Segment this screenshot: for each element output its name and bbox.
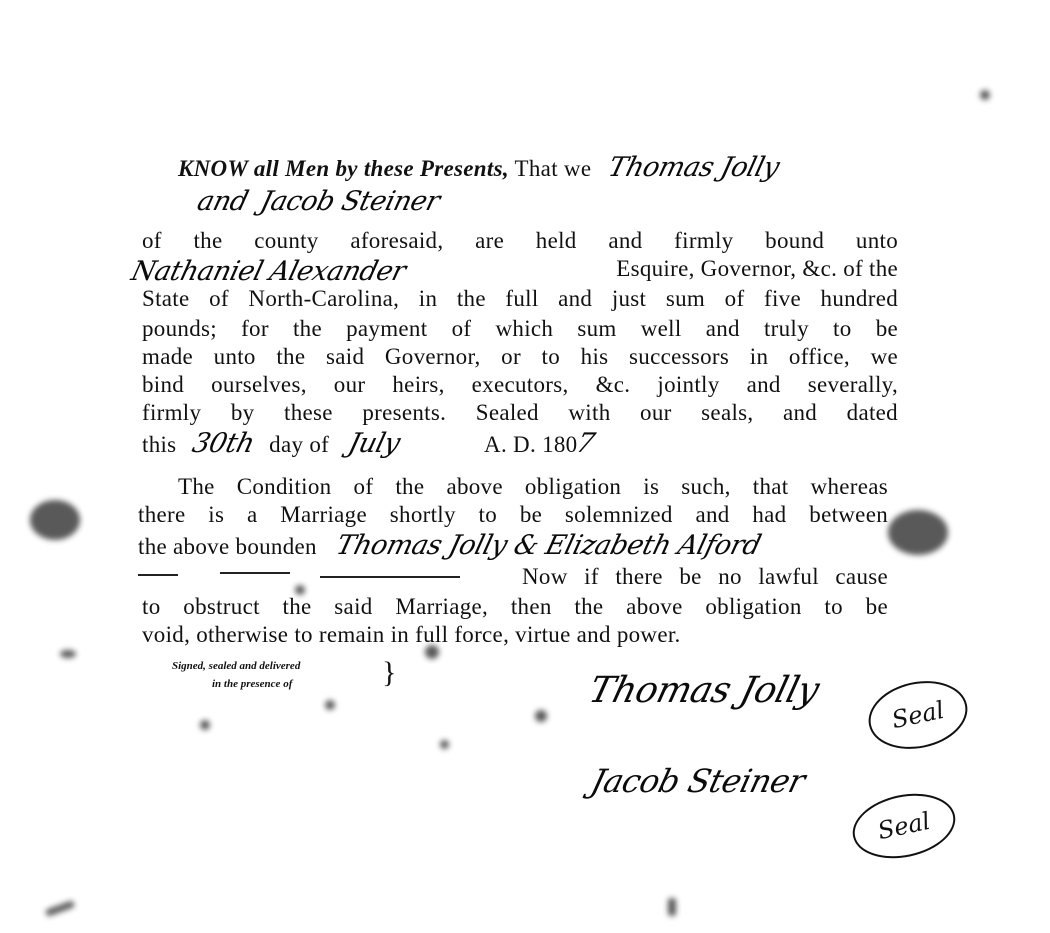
signature-thomas-jolly: Thomas Jolly [585, 670, 823, 711]
bond-line: State of North-Carolina, in the full and… [142, 286, 898, 312]
day-of-text: day of [269, 432, 329, 457]
bondsman-2-handwritten: Jacob Steiner [257, 186, 443, 217]
seal-1-text: Seal [889, 696, 946, 734]
and-handwritten: and [194, 186, 251, 217]
opening-line-2: and Jacob Steiner [198, 186, 439, 217]
condition-line: Now if there be no lawful cause [522, 564, 888, 590]
ink-stain [325, 700, 335, 710]
ink-stain [200, 720, 210, 730]
month-handwritten: July [345, 428, 403, 459]
signature-jacob-steiner: Jacob Steiner [587, 762, 809, 800]
that-we-text: That we [515, 156, 592, 181]
date-line: this 30th day of July A. D. 1807 [142, 428, 594, 459]
ink-stain [888, 510, 948, 555]
governor-name-handwritten: Nathaniel Alexander [128, 256, 409, 287]
marriage-bond-document: KNOW all Men by these Presents, That we … [0, 0, 1050, 933]
bond-line: firmly by these presents. Sealed with ou… [142, 400, 898, 426]
governor-title-text: Esquire, Governor, &c. of the [616, 256, 898, 287]
blank-rule [320, 576, 460, 578]
know-all-heading: KNOW all Men by these Presents, [178, 156, 509, 181]
bond-line: bind ourselves, our heirs, executors, &c… [142, 372, 898, 398]
seal-2-text: Seal [875, 807, 932, 845]
condition-line: The Condition of the above obligation is… [178, 474, 888, 500]
ink-stain [440, 740, 449, 749]
parties-handwritten: Thomas Jolly & Elizabeth Alford [333, 530, 764, 561]
ink-stain [535, 710, 547, 722]
blank-rule [138, 574, 178, 576]
bond-line: made unto the said Governor, or to his s… [142, 344, 898, 370]
bounden-text: the above bounden [138, 534, 317, 559]
ink-stain [980, 90, 990, 100]
witness-line-1: Signed, sealed and delivered [172, 660, 300, 672]
witness-line-2: in the presence of [212, 678, 292, 690]
opening-line: KNOW all Men by these Presents, That we … [178, 152, 779, 183]
condition-line: the above bounden Thomas Jolly & Elizabe… [138, 530, 760, 561]
bondsman-1-handwritten: Thomas Jolly [606, 152, 783, 183]
ad-text: A. D. 180 [484, 432, 577, 457]
bond-line: of the county aforesaid, are held and fi… [142, 228, 898, 254]
blank-rule [220, 572, 290, 574]
day-handwritten: 30th [189, 428, 257, 459]
condition-line: there is a Marriage shortly to be solemn… [138, 502, 888, 528]
this-text: this [142, 432, 176, 457]
bond-line: pounds; for the payment of which sum wel… [142, 316, 898, 342]
brace-glyph: } [382, 656, 396, 690]
ink-stain [60, 650, 76, 658]
ink-stain [45, 900, 76, 917]
ink-stain [30, 500, 80, 540]
ink-stain [668, 898, 676, 916]
condition-line: void, otherwise to remain in full force,… [142, 622, 681, 648]
seal-1: Seal [862, 672, 974, 757]
condition-line: to obstruct the said Marriage, then the … [142, 594, 888, 620]
bond-line: Nathaniel Alexander Esquire, Governor, &… [132, 256, 898, 287]
seal-2: Seal [847, 785, 962, 867]
